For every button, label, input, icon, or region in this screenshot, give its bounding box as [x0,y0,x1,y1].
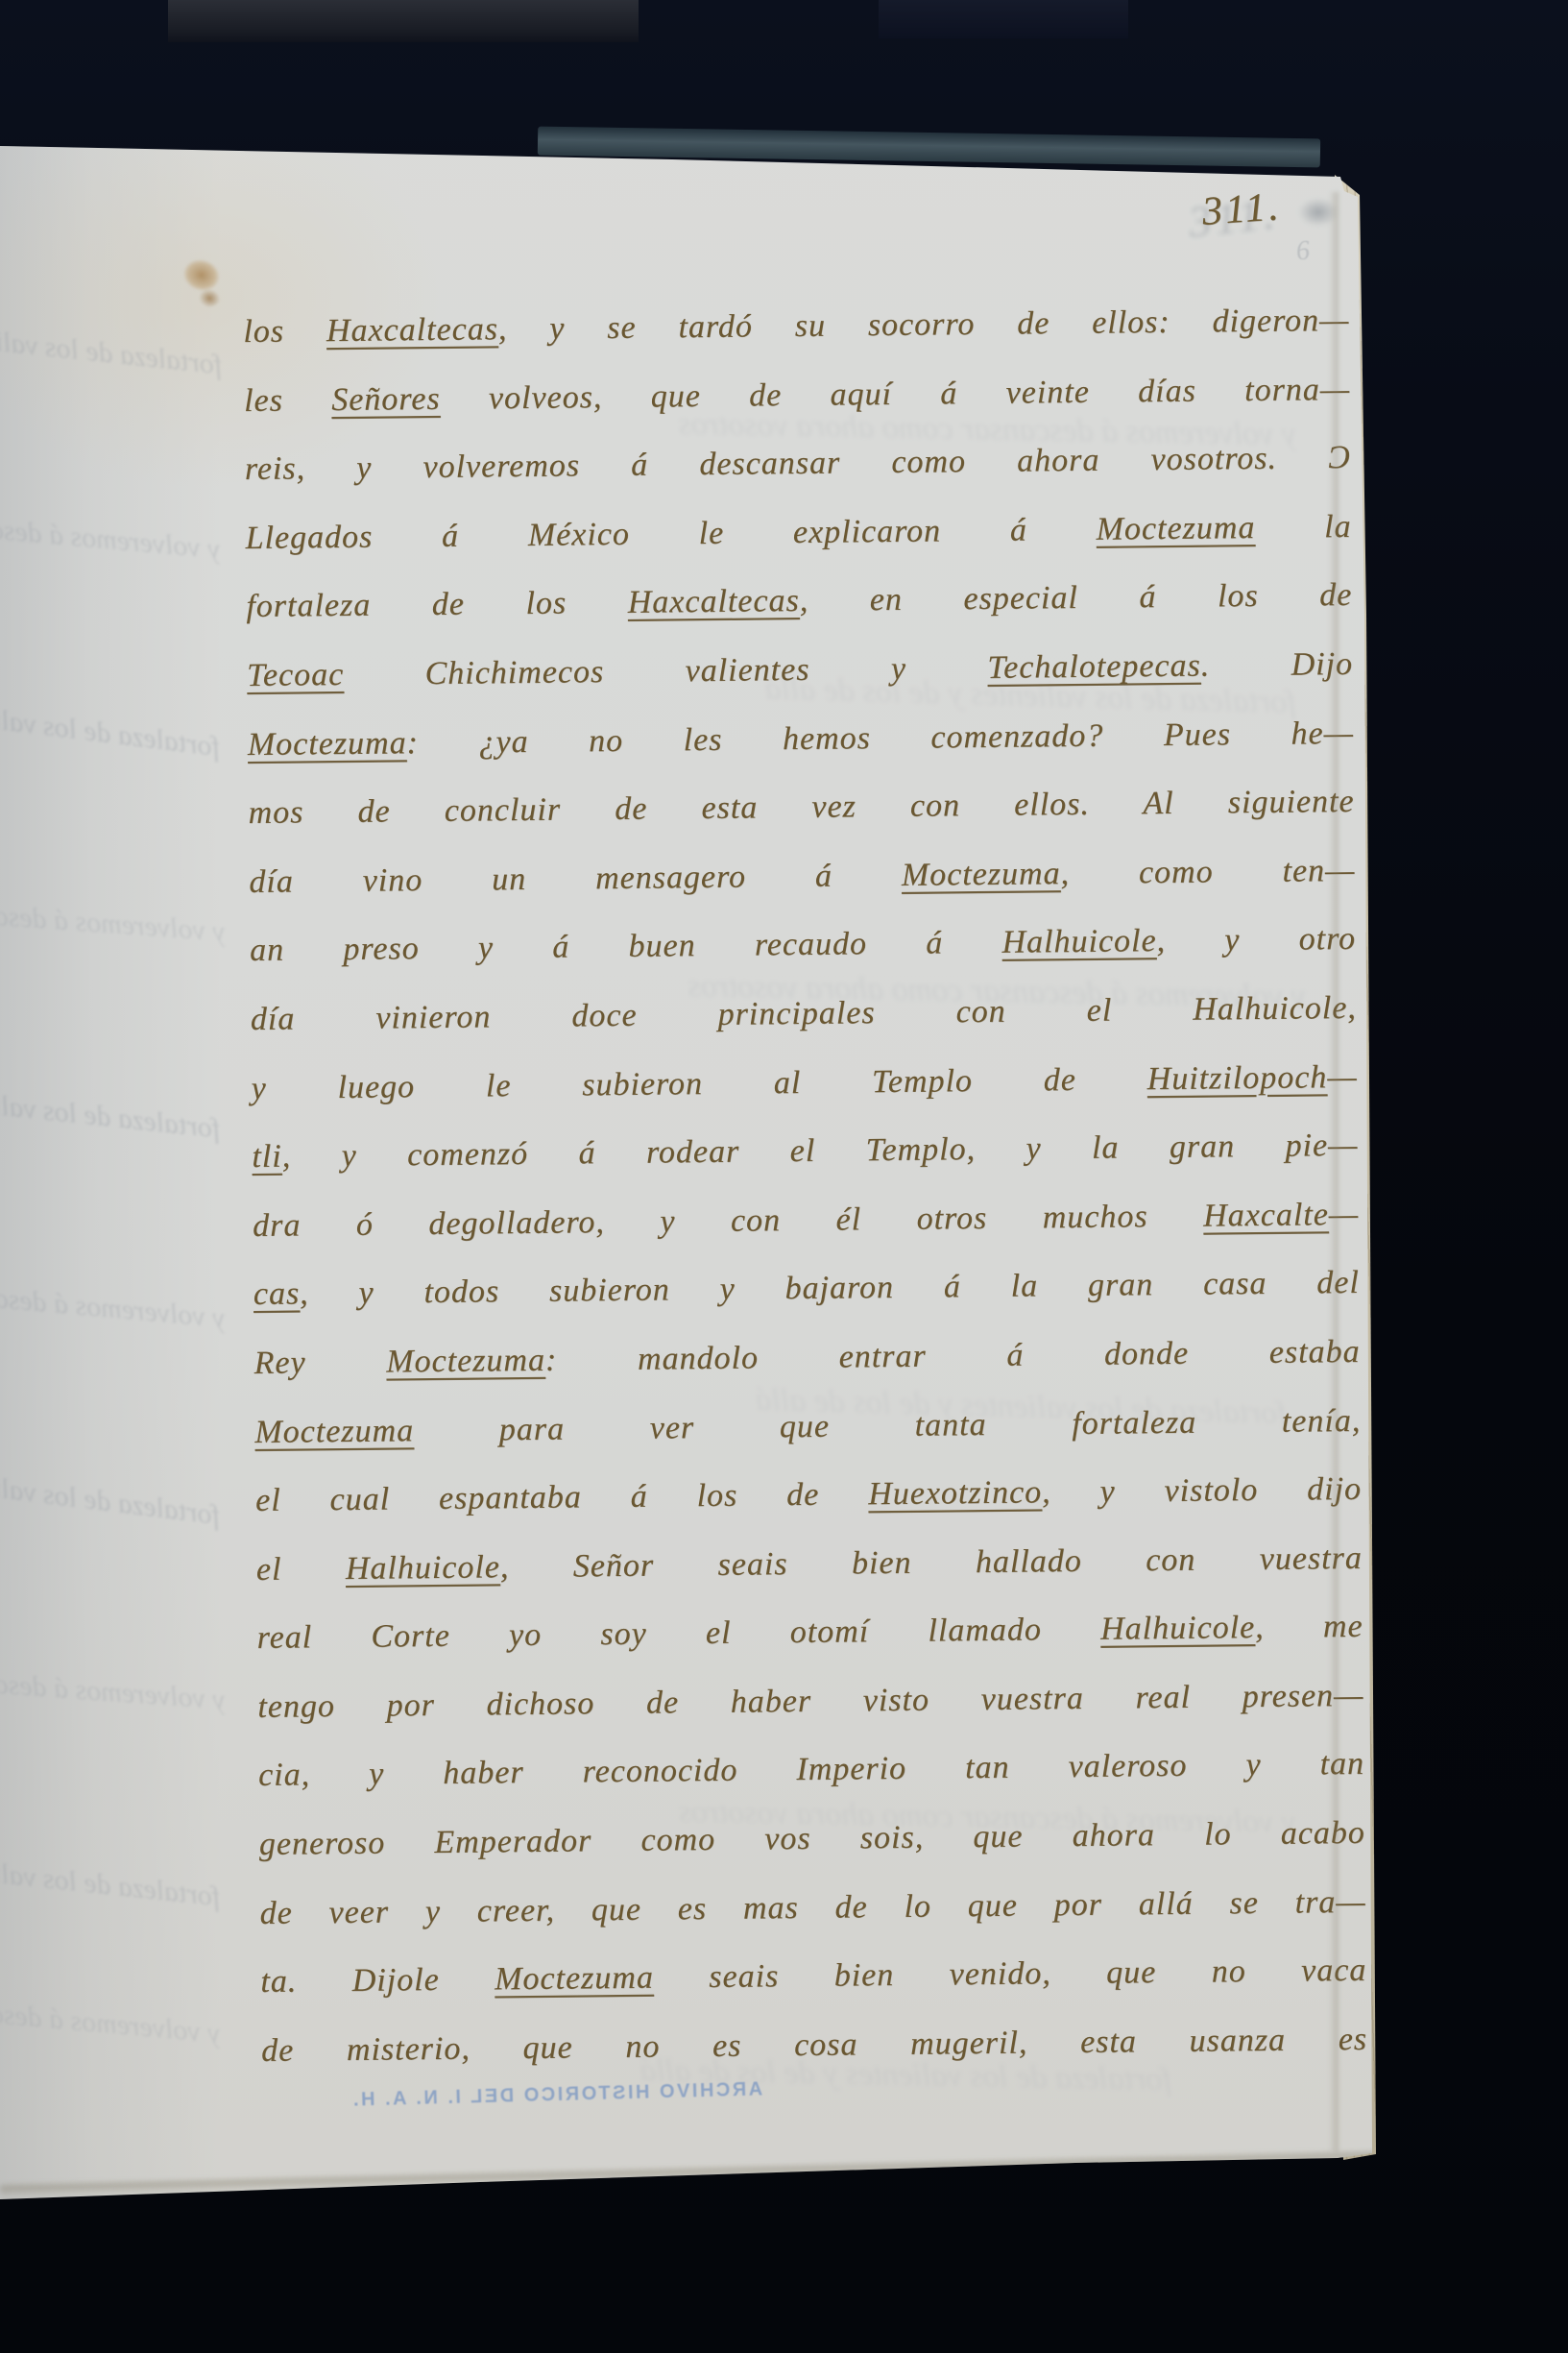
text-segment: los [243,313,326,350]
marginal-mark: 6 [1295,235,1312,267]
underlined-word: Señores [331,380,441,417]
text-segment: , Señor seais bien hallado con vuestra [500,1540,1363,1585]
text-segment: de veer y creer, que es mas de lo que po… [259,1884,1365,1931]
text-segment: generoso Emperador como vos sois, que ah… [259,1815,1365,1862]
manuscript-line: los Haxcaltecas, y se tardó su socorro d… [243,286,1350,367]
bleedthrough-ghost: y volveremos á descansar como ahora voso… [0,899,227,948]
text-segment: , me [1255,1609,1363,1645]
manuscript-line: cia, y haber reconocido Imperio tan vale… [258,1730,1365,1810]
manuscript-line: Rey Moctezuma: mandolo entrar á donde es… [253,1318,1361,1398]
top-cloth-strip [168,0,639,42]
text-segment: , en especial á los de [800,577,1353,619]
text-segment: : mandolo entrar á donde estaba [545,1334,1361,1378]
archive-stamp: ARCHIVO HISTORICO DEL I. N. A. H. [317,2077,798,2124]
underlined-word: cas [253,1276,301,1313]
manuscript-line: día vino un mensagero á Moctezuma, como … [249,837,1356,917]
text-segment: , como ten— [1060,853,1355,891]
manuscript-line: les Señores volveos, que de aquí á veint… [244,355,1351,436]
bleedthrough-ghost: fortaleza de los valientes y de los de a… [0,323,224,381]
manuscript-line: día vinieron doce principales con el Hal… [250,974,1357,1055]
manuscript-line: dra ó degolladero, y con él otros muchos… [253,1180,1360,1261]
manuscript-line: real Corte yo soy el otomí llamado Halhu… [256,1592,1363,1673]
manuscript-line: Llegados á México le explicaron á Moctez… [245,493,1352,573]
text-segment: de misterio, que no es cosa mugeril, est… [261,2022,1367,2069]
text-segment: cia, y haber reconocido Imperio tan vale… [258,1746,1364,1793]
underlined-word: Moctezuma [248,725,407,763]
text-segment: , y vistolo dijo [1042,1471,1362,1510]
text-segment: ta. Dijole [260,1962,495,2001]
underlined-word: Haxcaltecas [628,583,800,620]
text-segment: Chichimecos valientes y [344,650,988,692]
text-segment: reis, y volveremos á descansar como ahor… [245,440,1351,487]
underlined-word: Moctezuma [1096,510,1255,547]
bleedthrough-ghost: y volveremos á descansar como ahora voso… [0,514,222,567]
manuscript-line: an preso y á buen recaudo á Halhuicole, … [250,905,1357,985]
text-segment: Rey [253,1344,386,1380]
text-segment: real Corte yo soy el otomí llamado [256,1612,1100,1656]
text-segment: día vino un mensagero á [249,858,902,900]
manuscript-line: el Halhuicole, Señor seais bien hallado … [255,1524,1363,1605]
text-segment: les [244,382,331,419]
text-segment: mos de concluir de esta vez con ellos. A… [248,784,1354,831]
underlined-word: Moctezuma [386,1343,545,1380]
underlined-word: Halhuicole [1001,923,1156,960]
text-segment: tengo por dichoso de haber visto vuestra… [257,1678,1363,1725]
underlined-word: tli [252,1139,282,1175]
underlined-word: Tecoac [247,657,344,693]
text-segment: an preso y á buen recaudo á [250,925,1002,968]
text-segment: , y se tardó su socorro de ellos: digero… [498,303,1350,347]
manuscript-line: Tecoac Chichimecos valientes y Techalote… [247,630,1354,711]
bleedthrough-ghost: y volveremos á descansar como ahora voso… [0,1997,222,2050]
manuscript-line: el cual espantaba á los de Huexotzinco, … [255,1455,1363,1536]
underlined-word: Huitzilopoch [1146,1059,1327,1097]
manuscript-scan: { "document": { "kind": "handwritten man… [0,0,1568,2353]
manuscript-line: Moctezuma para ver que tanta fortaleza t… [254,1386,1362,1467]
underlined-word: Haxcalte [1203,1197,1329,1233]
underlined-word: Huexotzinco [868,1474,1042,1512]
underlined-word: Moctezuma [902,856,1061,893]
text-segment: y luego le subieron al Templo de [251,1061,1146,1106]
manuscript-line: cas, y todos subieron y bajaron á la gra… [253,1249,1360,1329]
bleedthrough-ghost: y volveremos á descansar como ahora voso… [0,1667,227,1716]
ink-stain [166,246,240,317]
manuscript-line: tengo por dichoso de haber visto vuestra… [257,1662,1364,1742]
manuscript-line: y luego le subieron al Templo de Huitzil… [251,1042,1358,1123]
text-segment: Llegados á México le explicaron á [245,511,1096,555]
page-bottom-shadow [0,2151,1392,2196]
text-segment: , y otro [1156,921,1356,958]
text-segment: fortaleza de los [246,585,628,624]
bleedthrough-ghost: fortaleza de los valientes y de los de a… [0,1086,222,1146]
manuscript-line: de veer y creer, que es mas de lo que po… [259,1868,1366,1949]
text-segment: día vinieron doce principales con el Hal… [251,990,1357,1037]
text-segment: para ver que tanta fortaleza tenía, [414,1402,1362,1447]
underlined-word: Haxcaltecas [326,311,498,349]
text-segment: : ¿ya no les hemos comenzado? Pues he— [406,715,1354,760]
text-segment: el [256,1551,346,1588]
top-cloth-strip-right [879,0,1128,38]
text-segment: , y todos subieron y bajaron á la gran c… [300,1265,1360,1312]
manuscript-line: fortaleza de los Haxcaltecas, en especia… [246,561,1353,642]
bleedthrough-ghost: fortaleza de los valientes y de los de a… [0,1468,222,1533]
bleedthrough-ghost: fortaleza de los valientes y de los de a… [0,1856,222,1914]
page-number: 311. [1200,183,1283,235]
text-segment: volveos, que de aquí á veinte días torna… [440,372,1350,417]
manuscript-line: generoso Emperador como vos sois, que ah… [258,1799,1365,1880]
page-right-shadow [1329,192,1339,2151]
text-segment: el cual espantaba á los de [255,1476,868,1518]
manuscript-line: Moctezuma: ¿ya no les hemos comenzado? P… [247,698,1354,779]
text-segment: seais bien venido, que no vaca [654,1953,1367,1996]
underlined-word: Halhuicole [1100,1610,1255,1647]
bleedthrough-ghost: y volveremos á descansar como ahora voso… [0,1281,227,1335]
bleedthrough-ghost: fortaleza de los valientes y de los de a… [0,700,222,764]
manuscript-line: de misterio, que no es cosa mugeril, est… [261,2005,1368,2086]
text-segment: , y comenzó á rodear el Templo, y la gra… [282,1128,1359,1175]
manuscript-line: ta. Dijole Moctezuma seais bien venido, … [260,1936,1367,2017]
underlined-word: Halhuicole [346,1549,500,1587]
underlined-word: Techalotepecas [987,648,1201,686]
manuscript-line: mos de concluir de esta vez con ellos. A… [248,767,1355,848]
manuscript-page: 311. 311. 6 fortaleza de los valientes y… [0,0,1568,2353]
manuscript-text: los Haxcaltecas, y se tardó su socorro d… [243,286,1367,2085]
manuscript-line: tli, y comenzó á rodear el Templo, y la … [252,1111,1359,1192]
underlined-word: Moctezuma [254,1413,414,1450]
text-segment: dra ó degolladero, y con él otros muchos [253,1198,1203,1243]
manuscript-line: reis, y volveremos á descansar como ahor… [244,424,1351,504]
underlined-word: Moctezuma [495,1960,654,1998]
